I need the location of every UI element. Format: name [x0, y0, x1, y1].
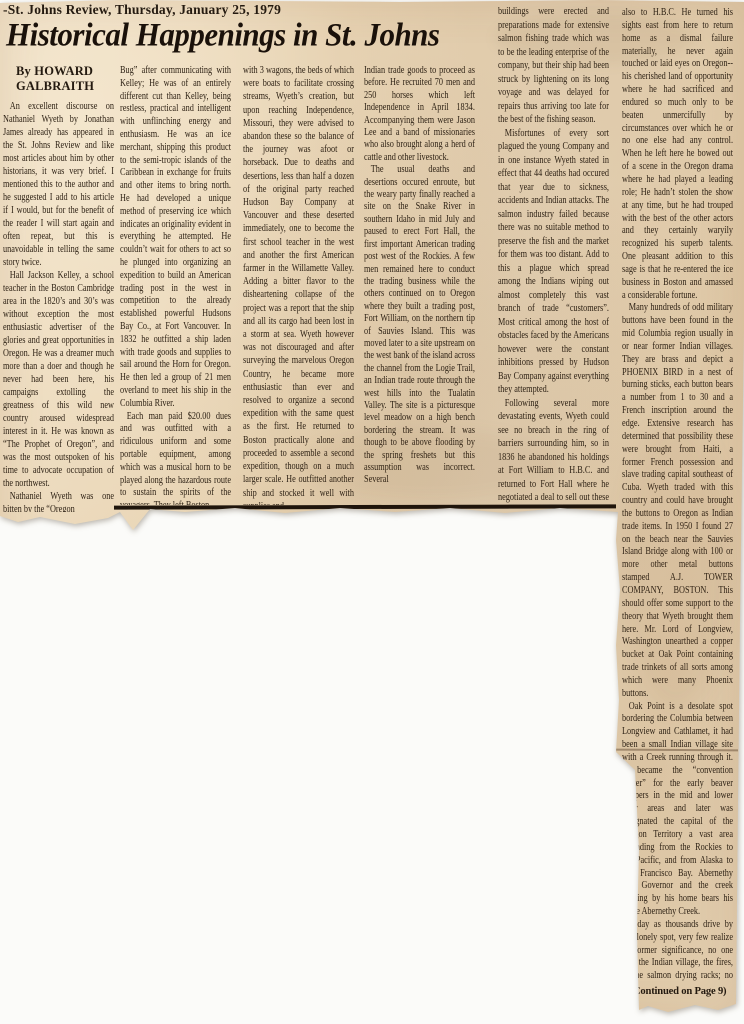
headline: Historical Happenings in St. Johns: [6, 16, 498, 54]
column-text: also to H.B.C. He turned his sights east…: [622, 6, 733, 983]
article-paragraph: Following several more devastating event…: [498, 397, 609, 505]
article-paragraph: Each man paid $20.00 dues and was outfit…: [120, 410, 231, 505]
article-paragraph: Many hundreds of odd military buttons ha…: [622, 301, 733, 699]
article-paragraph: The usual deaths and desertions occured …: [364, 163, 475, 486]
column-text: buildings were erected and preparations …: [498, 5, 609, 504]
article-paragraph: Indian trade goods to proceed as before.…: [364, 64, 475, 163]
article-column-1: An excellent discourse on Nathaniel Wyet…: [3, 100, 115, 512]
article-paragraph: with 3 wagons, the beds of which were bo…: [243, 64, 354, 505]
article-paragraph: buildings were erected and preparations …: [498, 5, 609, 127]
byline-line2: GALBRAITH: [16, 79, 94, 94]
article-column-6: also to H.B.C. He turned his sights east…: [622, 6, 734, 983]
column-bottom-rule: [114, 504, 616, 509]
article-paragraph: Today as thousands drive by this lonely …: [622, 918, 733, 983]
byline: By HOWARD GALBRAITH: [16, 64, 94, 94]
article-paragraph: An excellent discourse on Nathaniel Wyet…: [3, 100, 114, 269]
article-column-5: buildings were erected and preparations …: [498, 5, 610, 504]
article-column-4: Indian trade goods to proceed as before.…: [364, 64, 476, 505]
byline-line1: By HOWARD: [16, 64, 94, 79]
article-paragraph: Hall Jackson Kelley, a school teacher in…: [3, 269, 114, 490]
column-text: Indian trade goods to proceed as before.…: [364, 64, 475, 486]
clipping-paper: -St. Johns Review, Thursday, January 25,…: [0, 0, 744, 1024]
article-paragraph: Bug” after communicating with Kelley; He…: [120, 64, 231, 410]
article-column-3: with 3 wagons, the beds of which were bo…: [243, 64, 355, 505]
newspaper-clipping: -St. Johns Review, Thursday, January 25,…: [0, 0, 744, 1024]
article-paragraph: Nathaniel Wyeth was one bitten by the “O…: [3, 490, 114, 512]
column-text: An excellent discourse on Nathaniel Wyet…: [3, 100, 114, 512]
column-text: with 3 wagons, the beds of which were bo…: [243, 64, 354, 505]
column-text: Bug” after communicating with Kelley; He…: [120, 64, 231, 505]
article-paragraph: also to H.B.C. He turned his sights east…: [622, 6, 733, 301]
continued-notice: (Continued on Page 9): [620, 986, 736, 997]
scan-background: -St. Johns Review, Thursday, January 25,…: [0, 0, 744, 1024]
article-paragraph: Misfortunes of every sort plagued the yo…: [498, 127, 609, 397]
article-paragraph: Oak Point is a desolate spot bordering t…: [622, 700, 733, 918]
article-column-2: Bug” after communicating with Kelley; He…: [120, 64, 232, 505]
